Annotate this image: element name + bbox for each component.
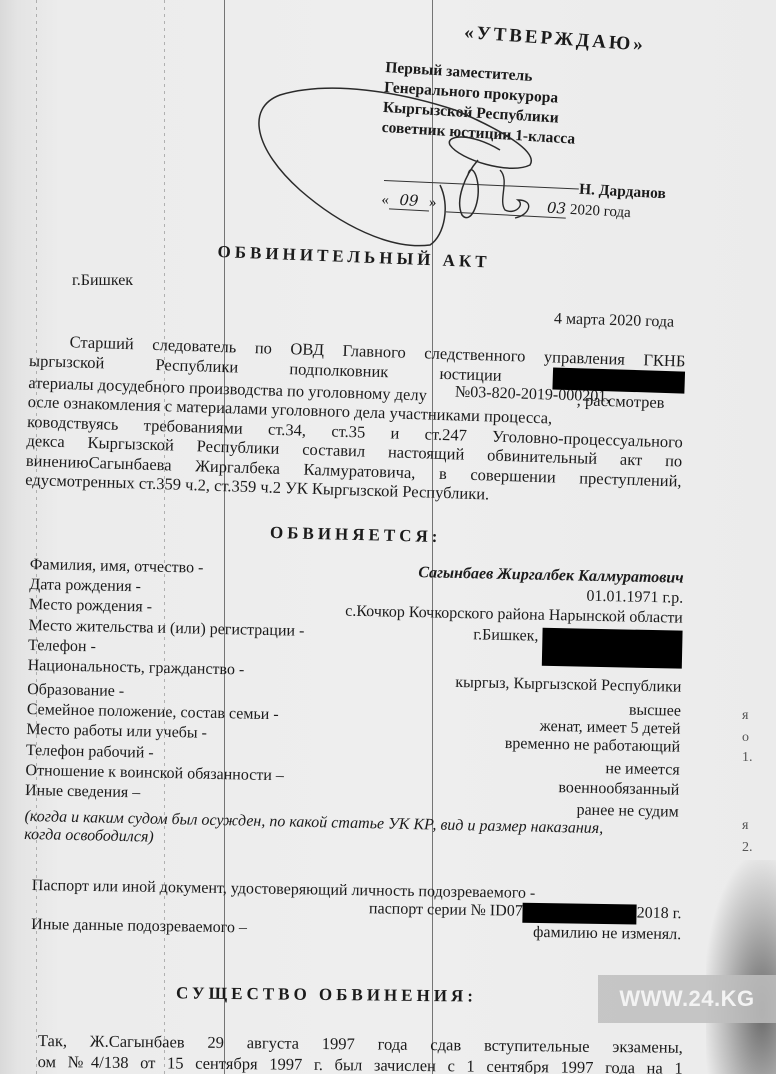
margin-glyph: я <box>742 818 748 834</box>
passport-prefix: паспорт серии № ID07 <box>369 900 523 923</box>
approval-date-year: 2020 года <box>570 202 632 221</box>
field-value: не имеется <box>605 760 680 780</box>
field-label: Место работы или учебы - <box>26 721 207 743</box>
field-label: Место рождения - <box>29 596 152 617</box>
field-value: высшее <box>629 702 681 721</box>
field-label: Национальность, гражданство - <box>28 657 245 680</box>
field-value: ранее не судим <box>576 801 679 821</box>
essence-paragraph: Так, Ж.Сагынбаев 29 августа 1997 года сд… <box>38 1030 683 1074</box>
passport-suffix: 2018 г. <box>637 905 682 927</box>
accused-fields: Фамилия, имя, отчество -Сагынбаев Жиргал… <box>24 556 684 858</box>
field-value: г.Бишкек, <box>473 626 683 668</box>
signatory-name: Н. Дарданов <box>579 181 667 204</box>
margin-glyph: я <box>742 708 748 724</box>
approval-position: Первый заместитель Генерального прокурор… <box>381 58 579 150</box>
field-label: Фамилия, имя, отчество - <box>30 556 204 578</box>
margin-glyph: 2. <box>742 840 753 856</box>
redacted-address <box>542 627 683 668</box>
document-city: г.Бишкек <box>72 272 133 290</box>
field-value: временно не работающий <box>505 735 681 757</box>
margin-glyph: 1. <box>742 750 753 766</box>
field-value: 01.01.1971 г.р. <box>586 588 683 608</box>
intro-paragraph: Старший следователь по ОВД Главного след… <box>25 331 686 510</box>
redacted-passport <box>523 903 637 925</box>
document-title: ОБВИНИТЕЛЬНЫЙ АКТ <box>217 242 491 272</box>
scan-noise <box>706 860 776 1074</box>
accused-section-title: ОБВИНЯЕТСЯ: <box>270 523 442 547</box>
approval-date-day: 09 <box>388 190 429 211</box>
field-value-text: г.Бишкек, <box>473 626 538 644</box>
margin-glyph: о <box>742 730 749 746</box>
approval-heading: «УТВЕРЖДАЮ» <box>463 22 646 57</box>
other-data-label: Иные данные подозреваемого – <box>31 916 247 940</box>
essence-section-title: СУЩЕСТВО ОБВИНЕНИЯ: <box>176 983 477 1006</box>
other-data-value: фамилию не изменял. <box>533 924 681 947</box>
field-label: Иные сведения – <box>25 782 141 802</box>
field-value: Сагынбаев Жиргалбек Калмуратович <box>418 564 684 588</box>
field-value: военнообязанный <box>558 779 679 800</box>
field-label: Телефон - <box>28 637 96 656</box>
approval-date-month: 03 <box>446 193 567 218</box>
document-date: 4 марта 2020 года <box>554 310 675 331</box>
field-label: Образование - <box>27 681 124 701</box>
field-label: Дата рождения - <box>29 576 141 596</box>
passport-block: Паспорт или иной документ, удостоверяющи… <box>31 877 682 947</box>
watermark: WWW.24.KG <box>598 975 776 1023</box>
field-label: Семейное положение, состав семьи - <box>27 701 279 724</box>
field-label: Телефон рабочий - <box>26 741 154 762</box>
signature-line <box>384 180 579 190</box>
document-page: «УТВЕРЖДАЮ» Первый заместитель Генеральн… <box>0 0 776 1074</box>
